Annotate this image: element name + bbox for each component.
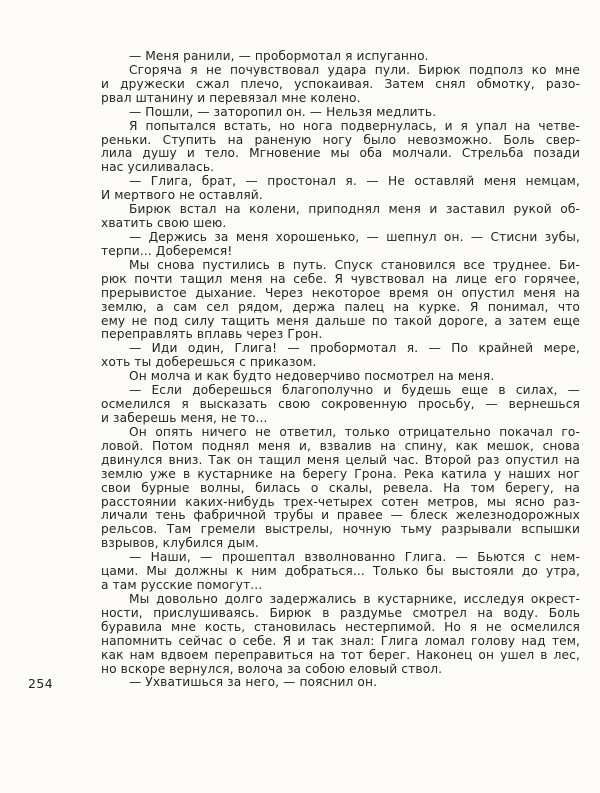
text-line: ности, прислушиваясь. Бирюк в раздумье с…	[101, 607, 580, 621]
text-line: цами. Мы должны к ним добраться... Тольк…	[101, 565, 580, 579]
text-line: а там русские помогут...	[101, 579, 580, 593]
book-page: 254 — Меня ранили, — пробормотал я испуг…	[0, 0, 600, 793]
text-line: — Наши, — прошептал взволнованно Глига. …	[101, 551, 580, 565]
text-line: Он опять ничего не ответил, только отриц…	[101, 426, 580, 440]
text-line: ловой. Потом поднял меня и, взвалив на с…	[101, 440, 580, 454]
text-line: нас усиливалась.	[101, 161, 580, 175]
text-line: взрывов, клубился дым.	[101, 537, 580, 551]
text-line: Сгоряча я не почувствовал удара пули. Би…	[101, 64, 580, 78]
text-line: прерывистое дыхание. Через некоторое вре…	[101, 287, 580, 301]
text-block: — Меня ранили, — пробормотал я испуганно…	[101, 50, 580, 690]
text-line: реньки. Ступить на раненую ногу было нев…	[101, 134, 580, 148]
text-line: расстоянии каких-нибудь трех-четырех сот…	[101, 496, 580, 510]
text-line: рельсов. Там гремели выстрелы, ночную ть…	[101, 523, 580, 537]
text-line: — Глига, брат, — простонал я. — Не остав…	[101, 175, 580, 189]
text-line: рюк почти тащил меня на себе. Я чувствов…	[101, 273, 580, 287]
text-line: — Меня ранили, — пробормотал я испуганно…	[101, 50, 580, 64]
text-line: и заберешь меня, не то...	[101, 412, 580, 426]
text-line: и дружески сжал плечо, успокаивая. Затем…	[101, 78, 580, 92]
text-line: — Если доберешься благополучно и будешь …	[101, 384, 580, 398]
text-line: землю, а сам сел рядом, держа палец на к…	[101, 301, 580, 315]
text-line: Мы довольно долго задержались в кустарни…	[101, 593, 580, 607]
text-line: личали тень фабричной трубы и правее — б…	[101, 509, 580, 523]
text-line: свои бурные волны, билась о скалы, ревел…	[101, 482, 580, 496]
text-line: напомнить сейчас о себе. Я и так знал: Г…	[101, 635, 580, 649]
text-line: Мы снова пустились в путь. Спуск станови…	[101, 259, 580, 273]
text-line: хватить свою шею.	[101, 217, 580, 231]
text-line: лила душу и тело. Мгновение мы оба молча…	[101, 147, 580, 161]
text-line: — Ухватишься за него, — пояснил он.	[101, 676, 580, 690]
text-line: как нам вдвоем переправиться на тот бере…	[101, 649, 580, 663]
text-line: хоть ты доберешься с приказом.	[101, 356, 580, 370]
text-line: землю уже в кустарнике на берегу Грона. …	[101, 468, 580, 482]
text-line: двинулся вниз. Так он тащил меня целый ч…	[101, 454, 580, 468]
text-line: И мертвого не оставляй.	[101, 189, 580, 203]
text-line: — Иди один, Глига! — пробормотал я. — По…	[101, 342, 580, 356]
text-line: — Пошли, — заторопил он. — Нельзя медлит…	[101, 106, 580, 120]
text-line: переправлять вплавь через Грон.	[101, 328, 580, 342]
text-line: ему не под силу тащить меня дальше по та…	[101, 315, 580, 329]
text-line: — Держись за меня хорошенько, — шепнул о…	[101, 231, 580, 245]
text-line: Бирюк встал на колени, приподнял меня и …	[101, 203, 580, 217]
text-line: рвал штанину и перевязал мне колено.	[101, 92, 580, 106]
text-line: Я попытался встать, но нога подвернулась…	[101, 120, 580, 134]
text-line: осмелился я высказать свою сокровенную п…	[101, 398, 580, 412]
text-line: буравила мне кость, становилась нестерпи…	[101, 621, 580, 635]
text-line: Он молча и как будто недоверчиво посмотр…	[101, 370, 580, 384]
text-line: но вскоре вернулся, волоча за собою елов…	[101, 663, 580, 677]
page-number: 254	[28, 677, 53, 691]
text-line: терпи... Доберемся!	[101, 245, 580, 259]
